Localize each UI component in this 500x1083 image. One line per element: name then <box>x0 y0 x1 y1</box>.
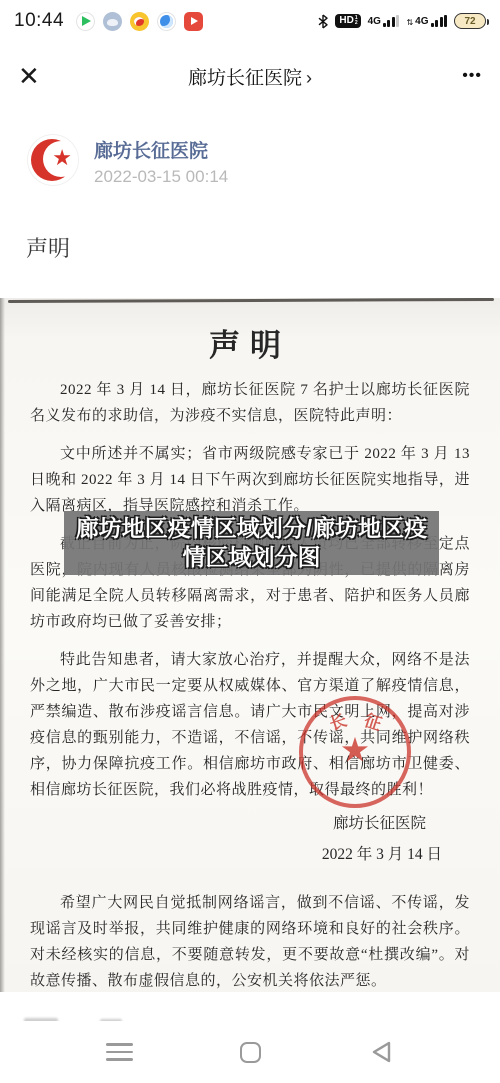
status-bar: 10:44 HD 1 2 4G <box>0 0 500 42</box>
article-heading: 声明 <box>26 232 70 263</box>
caption-overlay: 廊坊地区疫情区域划分/廊坊地区疫情区域划分图 <box>64 511 439 575</box>
page-title: 廊坊长征医院 <box>188 68 302 89</box>
more-menu-icon[interactable]: ••• <box>442 67 482 85</box>
article-nav-bar: ✕ 廊坊长征医院› ••• <box>0 48 500 104</box>
avatar[interactable]: ★ <box>28 135 78 185</box>
hd-sim-stack: 1 2 <box>355 16 358 26</box>
battery-percent: 72 <box>464 16 475 27</box>
signal-sim2: ⇅ 4G <box>406 15 447 27</box>
publisher-meta: 廊坊长征医院 2022-03-15 00:14 <box>94 135 228 187</box>
tencent-video-icon <box>76 12 95 31</box>
network-type-label: 4G <box>368 17 381 27</box>
home-button[interactable] <box>228 1035 272 1069</box>
statement-document-image[interactable]: 声明 2022 年 3 月 14 日，廊坊长征医院 7 名护士以廊坊长征医院名义… <box>0 298 500 992</box>
signature-name: 廊坊长征医院 <box>0 811 426 833</box>
chevron-right-icon: › <box>306 68 312 88</box>
close-icon[interactable]: ✕ <box>18 61 58 92</box>
menu-icon <box>106 1043 133 1061</box>
closing-paragraph: 希望广大网民自觉抵制网络谣言，做到不信谣、不传谣，发现谣言及时举报，共同维护健康… <box>30 890 470 992</box>
statement-paragraph: 文中所述并不属实；省市两级院感专家已于 2022 年 3 月 13 日晚和 20… <box>30 441 470 519</box>
seal-star-icon: ★ <box>340 730 370 770</box>
back-triangle-icon <box>370 1040 392 1064</box>
notification-icons <box>76 12 318 31</box>
statement-paragraph: 2022 年 3 月 14 日，廊坊长征医院 7 名护士以廊坊长征医院名义发布的… <box>30 377 470 429</box>
baidu-icon <box>103 12 122 31</box>
hospital-seal-stamp: 长 征 ★ <box>299 696 411 808</box>
back-button[interactable] <box>359 1035 403 1069</box>
photo-left-edge <box>0 298 5 992</box>
home-icon <box>240 1042 261 1063</box>
signal-bars-icon <box>431 15 448 27</box>
hd-label: HD <box>339 16 353 26</box>
signal-sim1: 4G <box>368 15 400 27</box>
battery-icon: 72 <box>454 13 486 29</box>
android-nav-bar <box>0 1021 500 1083</box>
star-logo-icon: ★ <box>52 147 72 169</box>
weibo-icon <box>130 12 149 31</box>
network-type-label: 4G <box>415 17 428 27</box>
status-indicators: HD 1 2 4G ⇅ 4G 72 <box>318 13 486 29</box>
bluetooth-icon <box>318 14 328 29</box>
publisher-row: ★ 廊坊长征医院 2022-03-15 00:14 <box>28 135 480 187</box>
video-app-icon <box>184 12 203 31</box>
signature-date: 2022 年 3 月 14 日 <box>0 842 442 864</box>
volte-hd-icon: HD 1 2 <box>335 14 360 28</box>
signature-block: 廊坊长征医院 2022 年 3 月 14 日 <box>0 811 448 864</box>
data-arrows-icon: ⇅ <box>406 19 413 27</box>
caption-text: 廊坊地区疫情区域划分/廊坊地区疫情区域划分图 <box>66 514 437 572</box>
publish-timestamp: 2022-03-15 00:14 <box>94 167 228 187</box>
statement-title: 声明 <box>0 298 500 365</box>
phone-screen: 10:44 HD 1 2 4G <box>0 0 500 1083</box>
recents-menu-button[interactable] <box>97 1035 141 1069</box>
clock: 10:44 <box>14 10 64 32</box>
publisher-name-link[interactable]: 廊坊长征医院 <box>94 136 228 163</box>
weather-icon <box>157 12 176 31</box>
signal-bars-icon <box>383 15 400 27</box>
account-title[interactable]: 廊坊长征医院› <box>58 63 442 90</box>
